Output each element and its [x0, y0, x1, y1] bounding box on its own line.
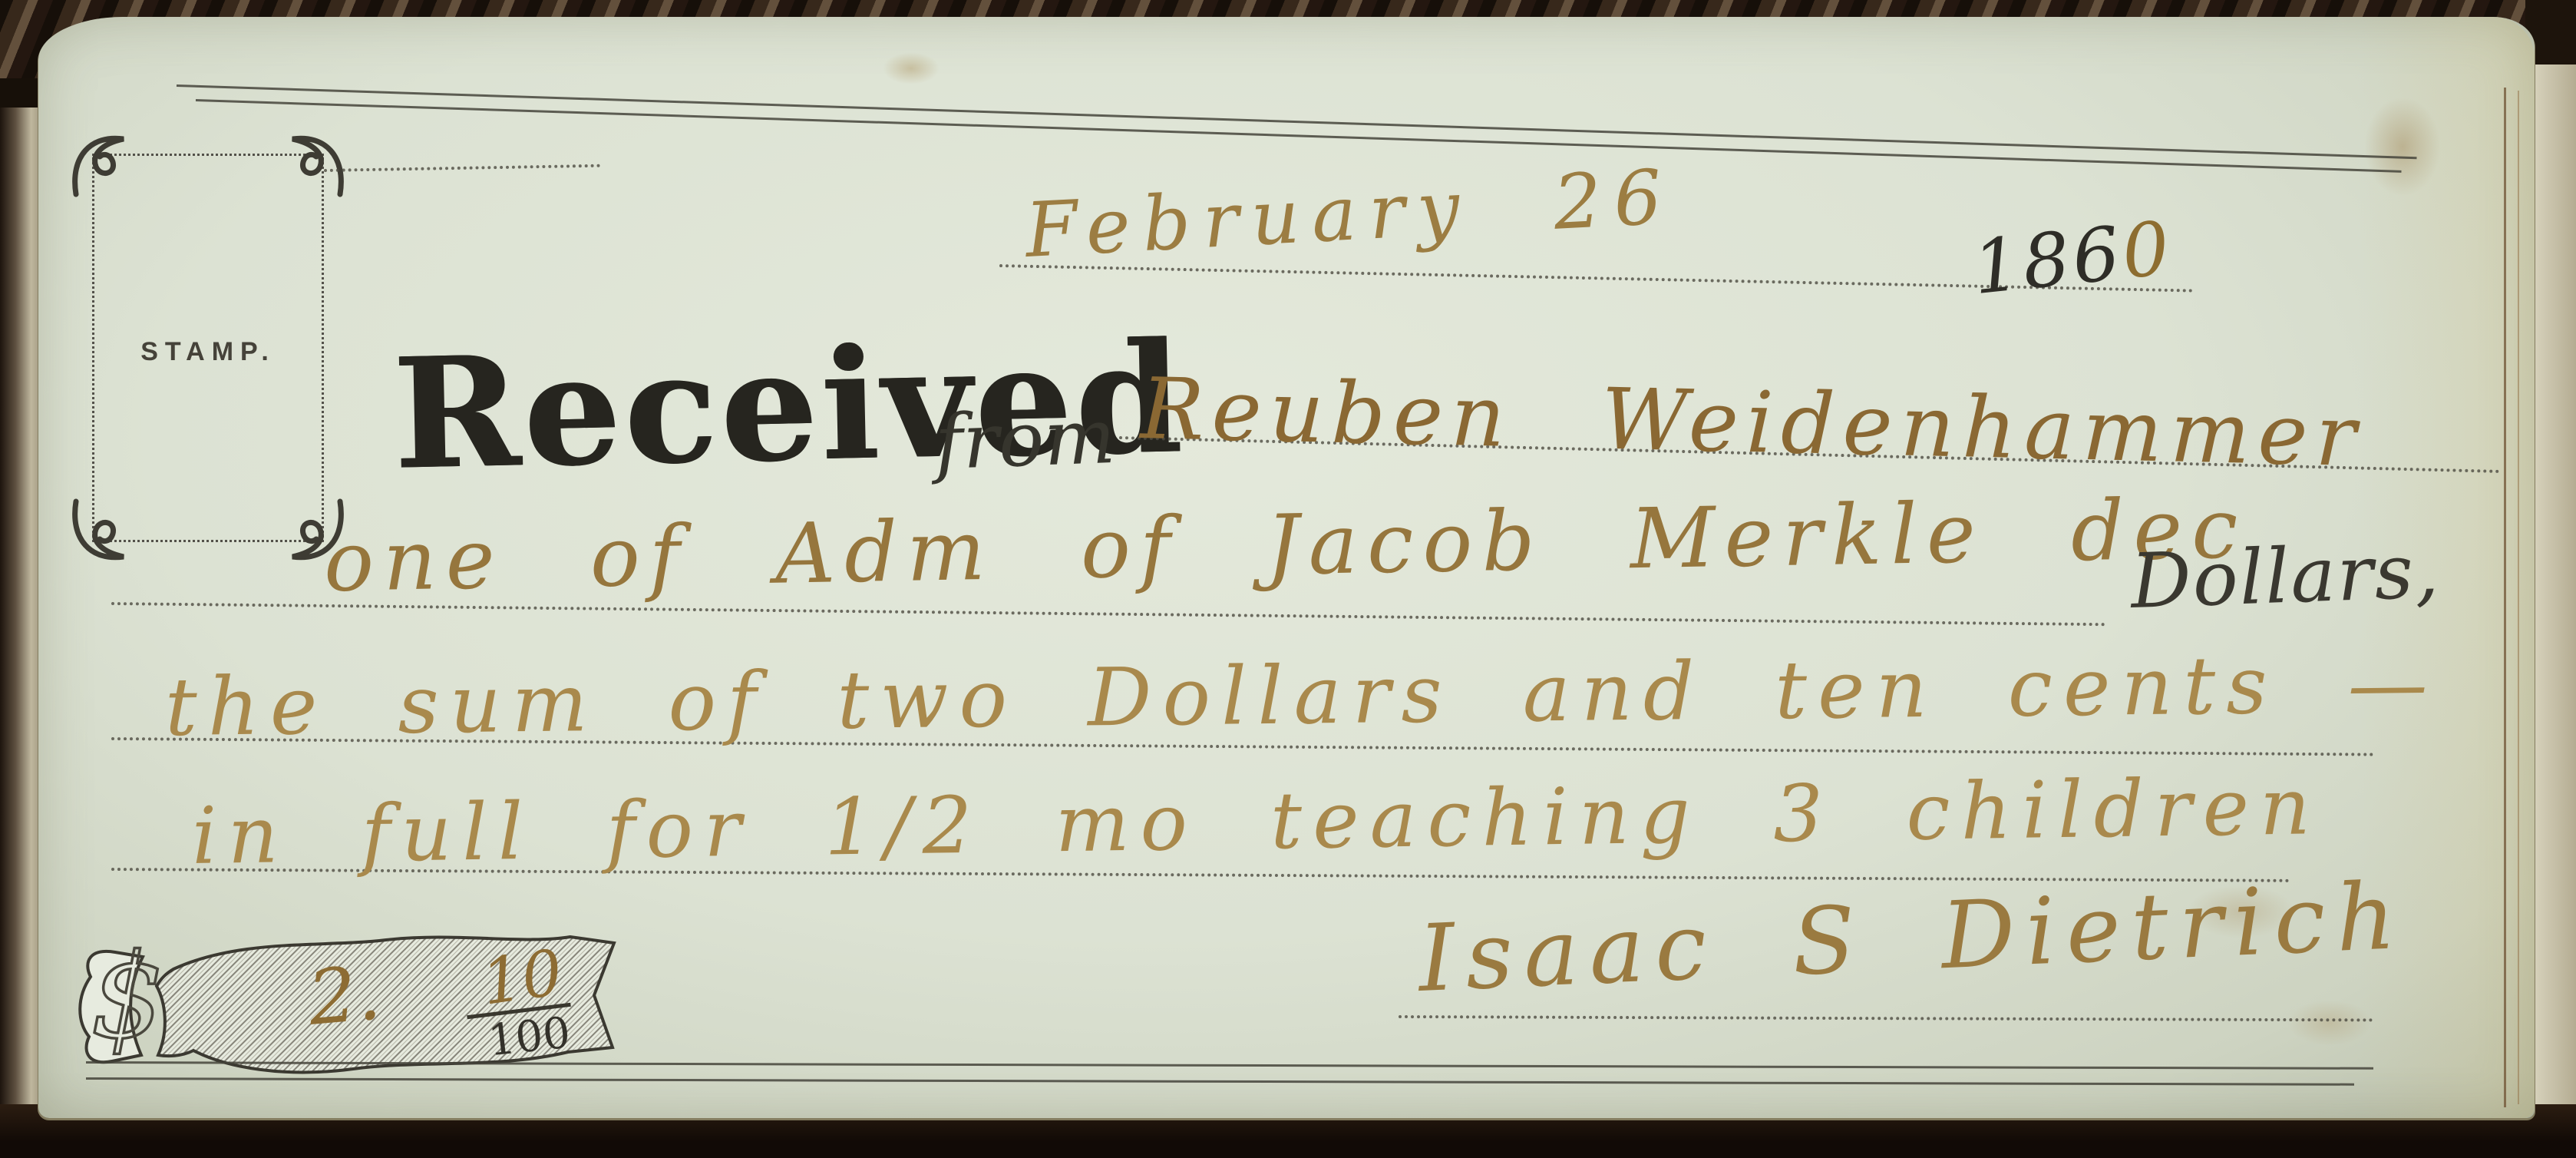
receipt-book-photo: STAMP. February 26 1860 Received from Re… [0, 0, 2576, 1158]
top-rule-lower [196, 99, 2402, 173]
handwritten-date: February 26 [1023, 154, 1676, 275]
stamp-corner-flourish-icon [68, 495, 139, 566]
top-rule-upper [177, 84, 2417, 159]
stamp-corner-flourish-icon [277, 130, 348, 200]
year-group: 1860 [1969, 205, 2177, 312]
handwritten-year-digit: 0 [2118, 205, 2176, 296]
paper-stain [2287, 1000, 2372, 1046]
printed-year-prefix: 186 [1969, 210, 2127, 312]
page-stack-right-edge [2531, 65, 2576, 1124]
paper-stain [2364, 97, 2441, 197]
handwritten-signature: Isaac S Dietrich [1416, 863, 2409, 1013]
handwritten-capacity-line: one of Adm of Jacob Merkle dec [323, 481, 2248, 610]
stamp-box: STAMP. [92, 154, 324, 542]
handwritten-dollar-amount: 2. [305, 949, 384, 1043]
page-edge-rule [2504, 88, 2506, 1107]
signature-rule [1399, 1015, 2373, 1021]
page-edge-rule-faint [2518, 91, 2519, 1104]
paper-stain [883, 52, 940, 84]
printed-cents-denominator: 100 [486, 1008, 573, 1067]
receipt-page: STAMP. February 26 1860 Received from Re… [38, 17, 2535, 1118]
handwritten-purpose-line: in full for 1/2 mo teaching 3 children [191, 761, 2321, 882]
dollars-label: Dollars, [2129, 528, 2442, 626]
handwritten-amount-line: the sum of two Dollars and ten cents — [164, 637, 2439, 754]
stamp-corner-flourish-icon [68, 130, 139, 200]
stamp-top-dotted-rule [324, 164, 600, 172]
handwritten-payer-name: Reuben Weidenhammer [1140, 359, 2365, 485]
from-label: from [933, 393, 1117, 487]
dollar-sign-icon: $ [91, 928, 165, 1064]
stamp-label: STAMP. [94, 337, 322, 367]
